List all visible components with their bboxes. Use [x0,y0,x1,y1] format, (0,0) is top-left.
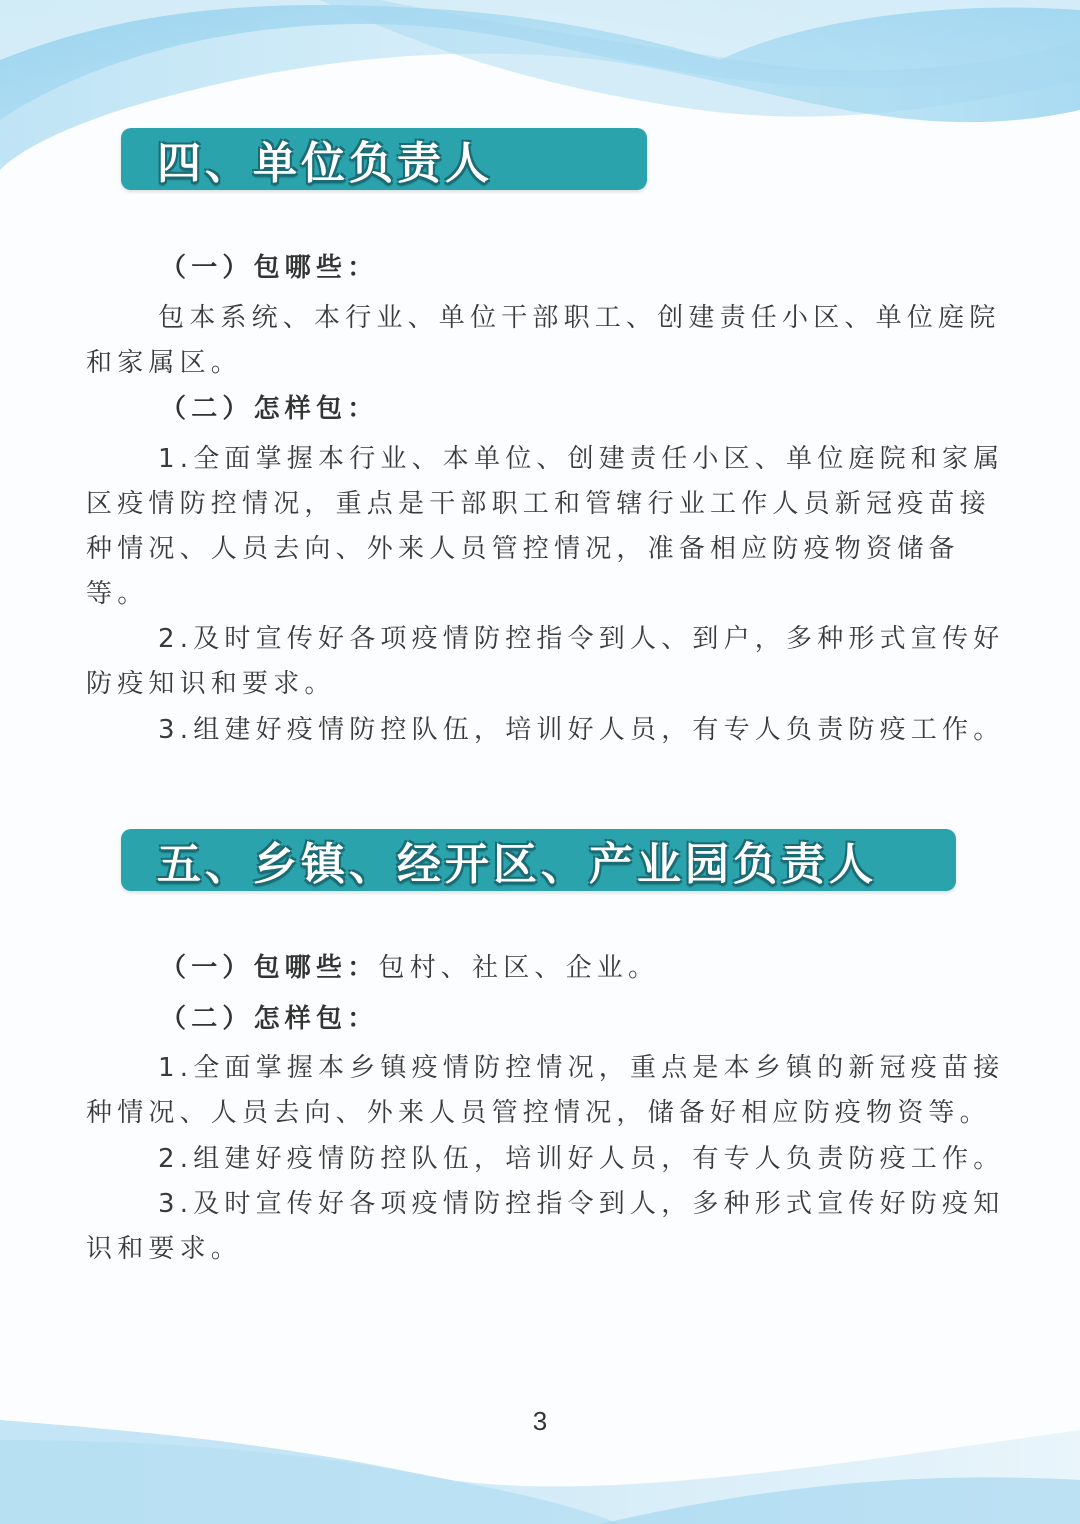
section-5-sub1-label: （一）包哪些： [160,953,378,983]
section-5-item-2: 2.组建好疫情防控队伍，培训好人员，有专人负责防疫工作。 [158,1144,1068,1174]
section-4-sub1-text: 和家属区。 [86,348,996,378]
section-4-sub2-label: （二）怎样包： [160,394,1070,424]
section-4-item-2: 2.及时宣传好各项疫情防控指令到人、到户，多种形式宣传好 [158,624,1068,654]
page-number: 3 [0,1406,1080,1437]
section-4-banner: 四、单位负责人 [121,128,647,190]
section-4-item-1: 种情况、人员去向、外来人员管控情况，准备相应防疫物资储备 [86,534,996,564]
section-4-item-1: 1.全面掌握本行业、本单位、创建责任小区、单位庭院和家属 [158,444,1068,474]
section-5-sub1-value: 包村、社区、企业。 [378,953,659,983]
section-5-item-1: 1.全面掌握本乡镇疫情防控情况，重点是本乡镇的新冠疫苗接 [158,1053,1068,1083]
section-4-sub1-text: 包本系统、本行业、单位干部职工、创建责任小区、单位庭院 [158,303,1068,333]
section-5-sub2-label: （二）怎样包： [160,1004,1070,1034]
section-5-item-3: 识和要求。 [86,1234,996,1264]
section-5-item-3: 3.及时宣传好各项疫情防控指令到人，多种形式宣传好防疫知 [158,1189,1068,1219]
section-4-sub1-label: （一）包哪些： [160,253,1070,283]
section-5-item-1: 种情况、人员去向、外来人员管控情况，储备好相应防疫物资等。 [86,1098,996,1128]
section-5-title: 五、乡镇、经开区、产业园负责人 [157,828,877,892]
section-4-item-3: 3.组建好疫情防控队伍，培训好人员，有专人负责防疫工作。 [158,715,1068,745]
section-4-item-2: 防疫知识和要求。 [86,669,996,699]
section-5-sub1: （一）包哪些：包村、社区、企业。 [160,953,1070,983]
section-4-title: 四、单位负责人 [157,127,493,191]
section-4-item-1: 等。 [86,579,996,609]
section-5-banner: 五、乡镇、经开区、产业园负责人 [121,829,956,891]
section-4-item-1: 区疫情防控情况，重点是干部职工和管辖行业工作人员新冠疫苗接 [86,489,996,519]
page-content: 四、单位负责人 （一）包哪些： 包本系统、本行业、单位干部职工、创建责任小区、单… [0,0,1080,1524]
